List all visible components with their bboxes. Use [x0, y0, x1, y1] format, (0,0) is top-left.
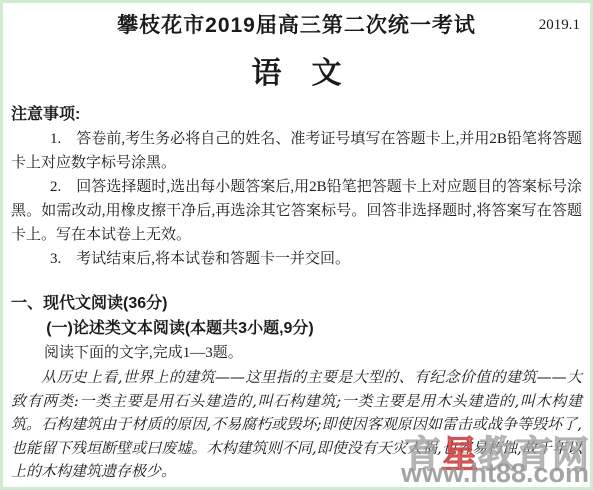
- notice-item-3: 3. 考试结束后,将本试卷和答题卡一并交回。: [11, 247, 582, 271]
- modern-reading-section: 一、现代文阅读(36分) (一)论述类文本阅读(本题共3小题,9分) 阅读下面的…: [11, 291, 582, 484]
- exam-paper-page: 攀枝花市2019届高三第二次统一考试 2019.1 语 文 注意事项: 1. 答…: [0, 0, 593, 490]
- section-heading: 一、现代文阅读(36分): [11, 291, 582, 316]
- section-subheading: (一)论述类文本阅读(本题共3小题,9分): [11, 316, 582, 341]
- section-intro: 阅读下面的文字,完成1—3题。: [11, 341, 582, 366]
- notice-item-2: 2. 回答选择题时,选出每小题答案后,用2B铅笔把答题卡上对应题目的答案标号涂黑…: [11, 175, 582, 247]
- notice-section: 注意事项: 1. 答卷前,考生务必将自己的姓名、准考证号填写在答题卡上,并用2B…: [11, 103, 582, 271]
- reading-passage: 从历史上看,世界上的建筑——这里指的主要是大型的、有纪念价值的建筑——大致有两类…: [11, 366, 582, 484]
- notice-heading: 注意事项:: [11, 103, 582, 127]
- subject-title: 语 文: [11, 55, 582, 93]
- exam-title: 攀枝花市2019届高三第二次统一考试: [117, 13, 476, 39]
- exam-header: 攀枝花市2019届高三第二次统一考试 2019.1: [11, 13, 582, 41]
- notice-item-1: 1. 答卷前,考生务必将自己的姓名、准考证号填写在答题卡上,并用2B铅笔将答题卡…: [11, 127, 582, 175]
- exam-date: 2019.1: [539, 17, 580, 34]
